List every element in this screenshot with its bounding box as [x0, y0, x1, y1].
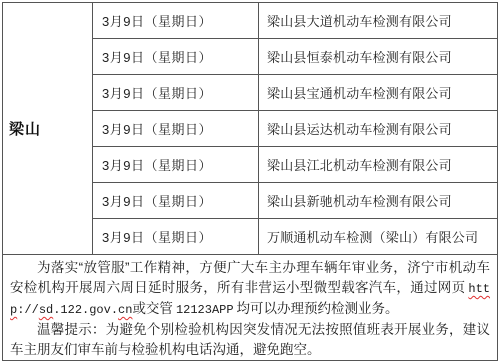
date-cell: 3月9日（星期日）: [93, 39, 259, 75]
date-cell: 3月9日（星期日）: [93, 219, 259, 255]
company-cell: 梁山县运达机动车检测有限公司: [259, 111, 498, 147]
date-cell: 3月9日（星期日）: [93, 147, 259, 183]
notice-row: 为落实“放管服”工作精神，方便广大车主办理车辆年审业务，济宁市机动车安检机构开展…: [3, 255, 498, 361]
url-segment-cn: cn: [118, 303, 132, 317]
notice-paragraph-2: 温馨提示：为避免个别检验机构因突发情况无法按照值班表开展业务，建议车主朋友们审车…: [10, 320, 490, 360]
region-cell: 梁山: [3, 3, 93, 255]
document-page: 梁山 3月9日（星期日） 梁山县大道机动车检测有限公司 3月9日（星期日） 梁山…: [0, 0, 499, 361]
company-cell: 梁山县新驰机动车检测有限公司: [259, 183, 498, 219]
inspection-duty-table: 梁山 3月9日（星期日） 梁山县大道机动车检测有限公司 3月9日（星期日） 梁山…: [2, 2, 498, 361]
notice-paragraph-1: 为落实“放管服”工作精神，方便广大车主办理车辆年审业务，济宁市机动车安检机构开展…: [10, 258, 490, 320]
date-cell: 3月9日（星期日）: [93, 183, 259, 219]
region-label: 梁山: [9, 121, 41, 138]
table-row: 梁山 3月9日（星期日） 梁山县大道机动车检测有限公司: [3, 3, 498, 39]
company-cell: 万顺通机动车检测（梁山）有限公司: [259, 219, 498, 255]
company-cell: 梁山县恒泰机动车检测有限公司: [259, 39, 498, 75]
notice-text-between: 或交管: [132, 301, 173, 316]
company-cell: 梁山县江北机动车检测有限公司: [259, 147, 498, 183]
url-segment-sd: sd: [39, 303, 53, 317]
app-code: 12123APP: [176, 303, 234, 317]
date-cell: 3月9日（星期日）: [93, 75, 259, 111]
company-cell: 梁山县宝通机动车检测有限公司: [259, 75, 498, 111]
date-cell: 3月9日（星期日）: [93, 111, 259, 147]
notice-text-after: 均可以办理预约检测业务。: [237, 301, 399, 316]
company-cell: 梁山县大道机动车检测有限公司: [259, 3, 498, 39]
url-segment-separator: ://: [17, 303, 39, 317]
notice-cell: 为落实“放管服”工作精神，方便广大车主办理车辆年审业务，济宁市机动车安检机构开展…: [3, 255, 498, 361]
url-segment-mid: .122.gov.: [53, 303, 118, 317]
notice-text-before-url: 为落实“放管服”工作精神，方便广大车主办理车辆年审业务，济宁市机动车安检机构开展…: [10, 260, 490, 295]
date-cell: 3月9日（星期日）: [93, 3, 259, 39]
